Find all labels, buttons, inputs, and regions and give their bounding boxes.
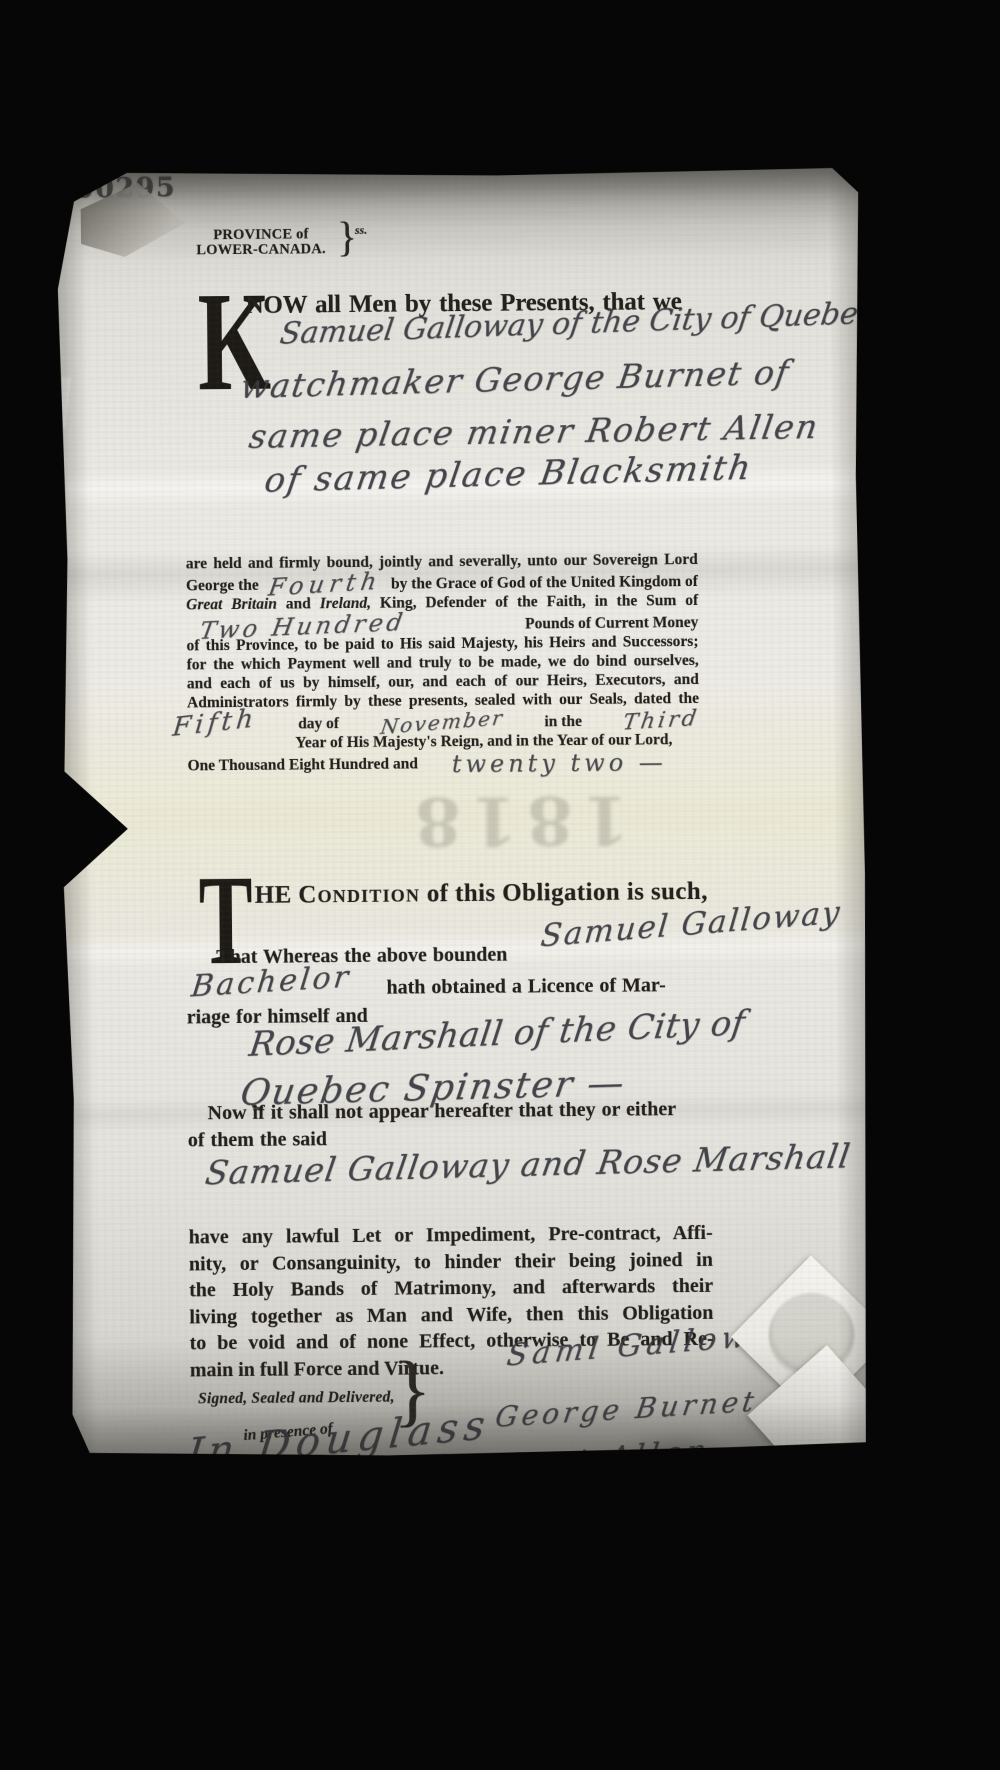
ink-smudge	[610, 1430, 746, 1493]
now-line-2: of them the said	[188, 1128, 327, 1152]
handwritten-regnal-year: Third	[622, 709, 701, 733]
handwritten-day: Fifth	[172, 709, 258, 737]
condition-heading: HE Condition of this Obligation is such,	[255, 878, 708, 910]
handwritten-obligor-line-2: watchmaker George Burnet of	[238, 355, 792, 403]
scanned-document-page: PROVINCE of LOWER-CANADA. } ss. 000295 K…	[0, 0, 1000, 1770]
paper-edge-highlight	[57, 377, 71, 428]
handwritten-written-year: twenty two —	[452, 748, 667, 778]
bond-text: day of	[298, 714, 339, 733]
bond-line: One Thousand Eight Hundred and twenty tw…	[187, 749, 699, 775]
bond-line: Fifth day of November in the Third	[187, 708, 699, 734]
bond-text: Pounds of Current Money	[525, 613, 698, 634]
province-line2: LOWER-CANADA.	[189, 242, 333, 258]
handwritten-sum: Two Hundred	[198, 613, 407, 641]
condition-heading-rest: of this Obligation is such,	[427, 878, 708, 907]
bond-text: George the	[186, 576, 259, 596]
obligation-line: the Holy Bands of Matrimony, and afterwa…	[189, 1273, 713, 1304]
bleedthrough-ghost-text: 1818	[405, 781, 629, 861]
serial-number-stamp: 000295	[54, 167, 860, 205]
province-label: PROVINCE of LOWER-CANADA.	[189, 227, 333, 258]
obligation-line: have any lawful Let or Impediment, Pre-c…	[189, 1220, 713, 1251]
bond-text-italic: Great Britain	[186, 596, 277, 614]
now-line-1: Now if it shall not appear hereafter tha…	[208, 1098, 677, 1125]
handwritten-king-ordinal: Fourth	[267, 572, 383, 598]
condition-heading-word: Condition	[298, 880, 420, 908]
signed-sealed-label: Signed, Sealed and Delivered,	[198, 1389, 395, 1409]
handwritten-groom-status: Bachelor	[190, 962, 353, 1002]
handwritten-obligor-line-3: same place miner Robert Allen	[247, 410, 822, 453]
bond-text: One Thousand Eight Hundred and	[188, 755, 418, 774]
licence-line: hath obtained a Licence of Mar-	[386, 974, 665, 999]
bond-text: in the	[544, 712, 582, 731]
ss-abbreviation: ss.	[355, 223, 367, 238]
document-paper: PROVINCE of LOWER-CANADA. } ss. 000295 K…	[54, 167, 871, 1460]
condition-heading-he: HE	[255, 881, 292, 908]
handwritten-obligor-line-4: of same place Blacksmith	[262, 451, 754, 498]
witness-signature: Jn Douglass	[184, 1405, 493, 1475]
bond-paragraph: are held and firmly bound, jointly and s…	[186, 550, 700, 775]
bond-text: King, Defender of the Faith, in the Sum …	[380, 592, 698, 612]
